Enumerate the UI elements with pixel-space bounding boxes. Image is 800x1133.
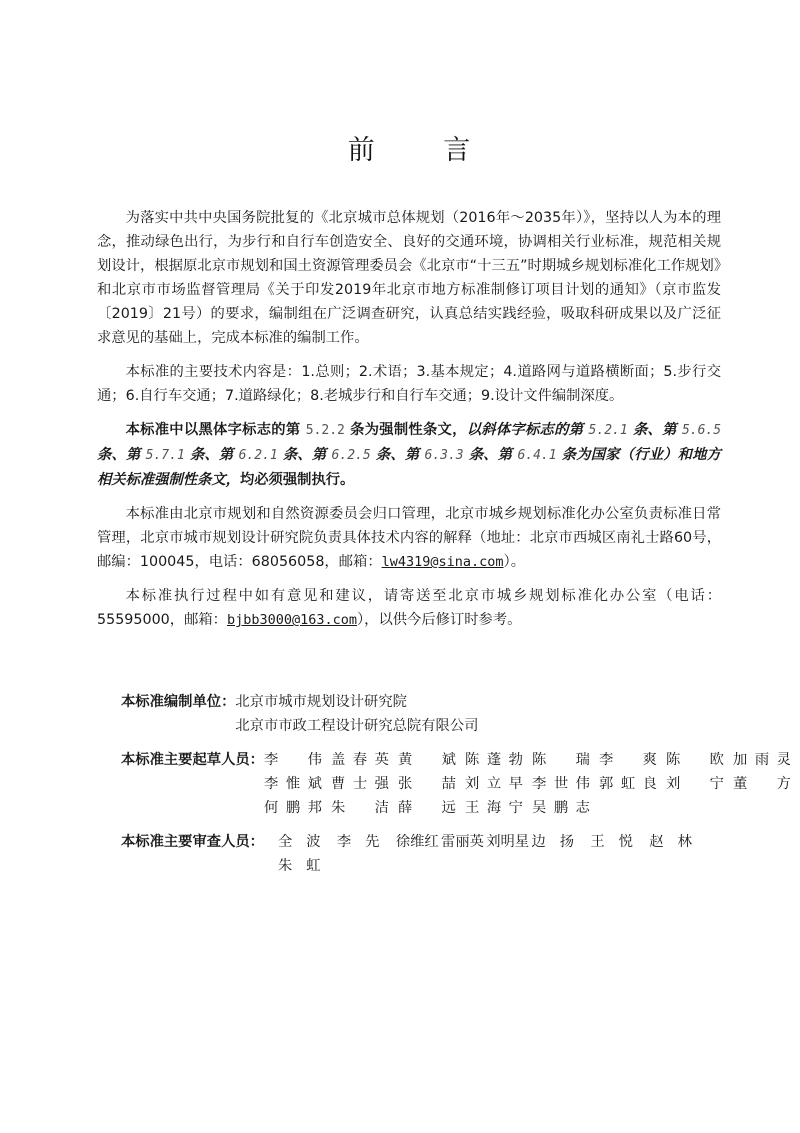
page-title: 前 言 (97, 128, 721, 167)
person-name: 王海宁 (465, 796, 523, 820)
person-name: 雷丽英 (441, 830, 484, 854)
clause-number: 5.2.1 (589, 423, 628, 438)
person-name: 薛远 (398, 796, 456, 820)
italic-mandatory-text: 条、第 (283, 447, 326, 463)
reviewers-list: 全波李先徐维红雷丽英刘明星边扬王悦赵林 朱虹 (264, 830, 731, 878)
drafters-row: 何鹏邦朱洁薛远王海宁吴鹏志 (264, 796, 800, 820)
reviewers-label: 本标准主要审查人员： (121, 830, 264, 878)
clause-number: 5.7.1 (146, 448, 185, 463)
person-name: 曹士强 (331, 772, 389, 796)
preface-body: 为落实中共中央国务院批复的《北京城市总体规划（2016年～2035年）》，坚持以… (97, 206, 721, 642)
editing-units-label: 本标准编制单位： (121, 690, 235, 738)
feedback-text-end: ），以供今后修订时参考。 (357, 612, 521, 628)
person-name: 陈瑞 (532, 748, 590, 772)
person-name: 刘立早 (465, 772, 523, 796)
paragraph-feedback: 本标准执行过程中如有意见和建议，请寄送至北京市城乡规划标准化办公室（电话：555… (97, 584, 721, 632)
person-name: 盖春英 (331, 748, 389, 772)
person-name: 李惟斌 (264, 772, 322, 796)
mandatory-text: 条为强制性条文， (350, 422, 467, 438)
italic-mandatory-text: 条、第 (469, 447, 512, 463)
mandatory-text: 均必须强制执行。 (240, 472, 354, 488)
clause-number: 6.2.1 (239, 448, 278, 463)
person-name: 边扬 (531, 830, 588, 854)
italic-mandatory-text: 条、第 (97, 447, 140, 463)
italic-mandatory-text: 条、第 (633, 422, 677, 438)
person-name: 陈欧 (666, 748, 724, 772)
paragraph-mandatory-clauses: 本标准中以黑体字标志的第 5.2.2 条为强制性条文，以斜体字标志的第 5.2.… (97, 418, 721, 492)
person-name: 陈蓬勃 (465, 748, 523, 772)
person-name: 刘宁 (666, 772, 724, 796)
person-name: 董方 (733, 772, 791, 796)
italic-mandatory-text: 条、第 (376, 447, 419, 463)
person-name: 李伟 (264, 748, 322, 772)
person-name: 王悦 (590, 830, 647, 854)
email-link-feedback[interactable]: bjbb3000@163.com (227, 612, 357, 628)
credits-section: 本标准编制单位： 北京市城市规划设计研究院 北京市市政工程设计研究总院有限公司 … (121, 690, 731, 888)
person-name: 吴鹏志 (532, 796, 590, 820)
clause-number: 6.3.3 (425, 448, 464, 463)
paragraph-management: 本标准由北京市规划和自然资源委员会归口管理，北京市城乡规划标准化办公室负责标准日… (97, 502, 721, 574)
person-name: 黄斌 (398, 748, 456, 772)
person-name: 徐维红 (396, 830, 439, 854)
person-name: 朱虹 (278, 858, 335, 874)
reviewers: 本标准主要审查人员： 全波李先徐维红雷丽英刘明星边扬王悦赵林 朱虹 (121, 830, 731, 878)
editing-units: 本标准编制单位： 北京市城市规划设计研究院 北京市市政工程设计研究总院有限公司 (121, 690, 731, 738)
reviewers-row: 全波李先徐维红雷丽英刘明星边扬王悦赵林 (278, 830, 706, 854)
person-name: 朱洁 (331, 796, 389, 820)
mandatory-text: 本标准中以黑体字标志的第 (126, 422, 301, 438)
person-name: 赵林 (649, 830, 706, 854)
editing-units-list: 北京市城市规划设计研究院 北京市市政工程设计研究总院有限公司 (235, 690, 731, 738)
person-name: 加雨灵 (733, 748, 791, 772)
clause-number: 6.4.1 (517, 448, 556, 463)
drafters-list: 李伟盖春英黄斌陈蓬勃陈瑞李爽陈欧加雨灵 李惟斌曹士强张喆刘立早李世伟郭虹良刘宁董… (264, 748, 800, 820)
drafters-label: 本标准主要起草人员： (121, 748, 264, 820)
person-name: 李爽 (599, 748, 657, 772)
person-name: 何鹏邦 (264, 796, 322, 820)
drafters-row: 李惟斌曹士强张喆刘立早李世伟郭虹良刘宁董方 (264, 772, 800, 796)
paragraph-technical-contents: 本标准的主要技术内容是：1.总则；2.术语；3.基本规定；4.道路网与道路横断面… (97, 360, 721, 408)
person-name: 全波 (278, 830, 335, 854)
drafters-row: 李伟盖春英黄斌陈蓬勃陈瑞李爽陈欧加雨灵 (264, 748, 800, 772)
editing-unit: 北京市市政工程设计研究总院有限公司 (235, 714, 731, 738)
drafters: 本标准主要起草人员： 李伟盖春英黄斌陈蓬勃陈瑞李爽陈欧加雨灵 李惟斌曹士强张喆刘… (121, 748, 731, 820)
paragraph-intro: 为落实中共中央国务院批复的《北京城市总体规划（2016年～2035年）》，坚持以… (97, 206, 721, 350)
email-link-interpretation[interactable]: lw4319@sina.com (382, 554, 504, 570)
person-name: 张喆 (398, 772, 456, 796)
clause-number: 6.2.5 (332, 448, 371, 463)
clause-number: 5.6.5 (682, 423, 721, 438)
person-name: 郭虹良 (599, 772, 657, 796)
clause-number: 5.2.2 (306, 423, 345, 438)
person-name: 李世伟 (532, 772, 590, 796)
italic-mandatory-text: 条、第 (190, 447, 233, 463)
reviewers-row: 朱虹 (278, 854, 731, 878)
editing-unit: 北京市城市规划设计研究院 (235, 690, 731, 714)
person-name: 李先 (337, 830, 394, 854)
italic-mandatory-text: 以斜体字标志的第 (467, 422, 584, 438)
management-text-end: ）。 (504, 554, 525, 570)
person-name: 刘明星 (486, 830, 529, 854)
